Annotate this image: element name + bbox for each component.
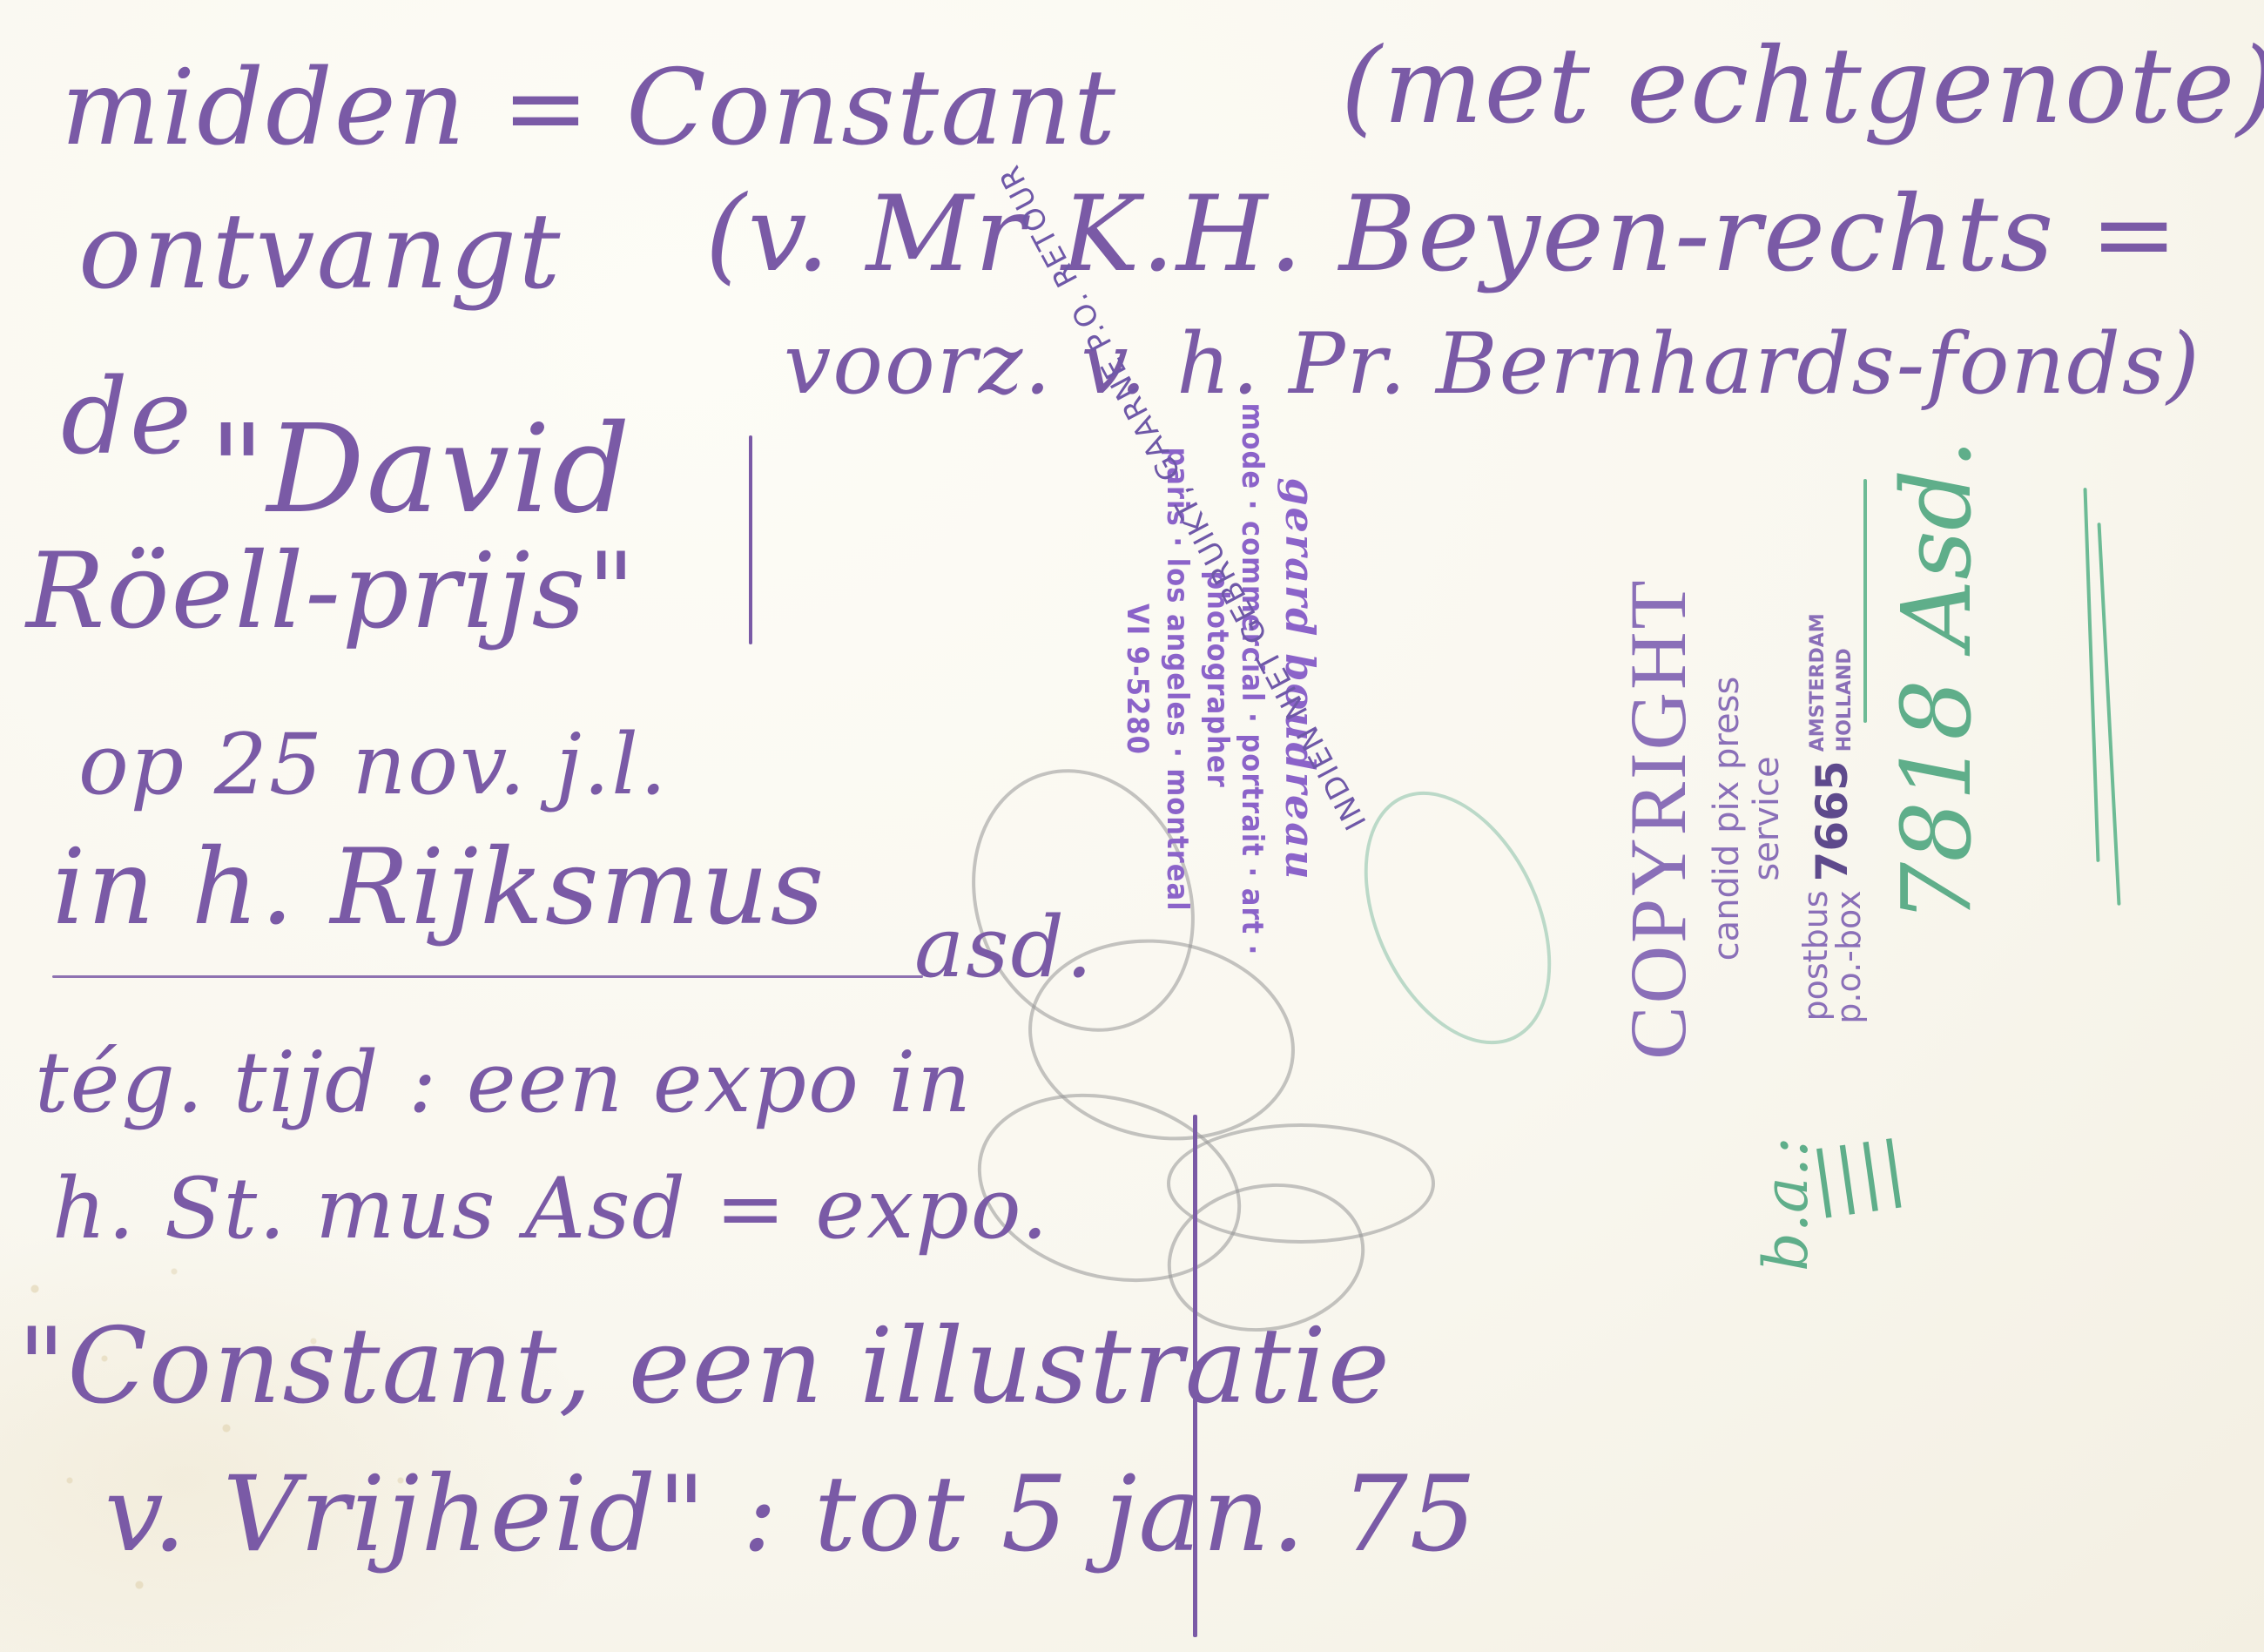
handwriting-line-3-left: de <box>61 366 193 470</box>
copyright-agency-line2: service <box>1747 540 1787 1097</box>
handwriting-line-2-left: ontvangt <box>78 200 562 305</box>
green-underline-2 <box>2097 523 2120 906</box>
city-label: AMSTERDAM <box>1805 613 1832 752</box>
handwriting-line-10: "Constant, een illustratie <box>17 1315 1391 1419</box>
copyright-agency-line1: candid pix press <box>1707 540 1747 1097</box>
foxing-stains <box>0 1219 610 1652</box>
pencil-scribble-3 <box>1167 1123 1435 1244</box>
photo-back-paper: midden = Constant (met echtgenote) ontva… <box>0 0 2264 1652</box>
handwriting-museum-suffix: asd. <box>914 906 1094 989</box>
copyright-stamp: COPYRIGHT candid pix press service postb… <box>1559 540 1924 1097</box>
handwriting-line-8: tég. tijd : een expo in <box>35 1041 973 1124</box>
handwriting-line-1-right: (met echtgenote) <box>1341 35 2264 139</box>
pobox-label: p.o.-box <box>1832 890 1865 1023</box>
handwriting-prize: Röell-prijs" <box>26 540 637 644</box>
tally-marks: |||| <box>1806 1126 1910 1219</box>
green-line-3 <box>1863 479 1867 723</box>
handwriting-line-9: h. St. mus Asd = expo. <box>52 1167 1049 1251</box>
handwriting-david: "David <box>209 409 632 531</box>
copyright-address: postbus p.o.-box 7665 AMSTERDAM HOLLAND <box>1799 540 1865 1097</box>
handwriting-date: op 25 nov. j.l. <box>78 723 668 806</box>
handwriting-line-2-right: (v. Mr K.H. Beyen-rechts = <box>705 183 2180 287</box>
archive-number: 7818 Asd. <box>1881 439 1992 923</box>
postbus-label: postbus <box>1799 890 1832 1023</box>
handwriting-line-3-right: voorz. v. h. Pr. Bernhards-fonds) <box>784 322 2201 406</box>
underline-divider <box>52 975 923 978</box>
bracket-line <box>749 435 752 644</box>
green-underline-1 <box>2083 488 2099 862</box>
country-label: HOLLAND <box>1832 613 1859 752</box>
handwriting-museum: in h. Rijksmus <box>52 836 825 941</box>
box-number: 7665 <box>1807 760 1857 881</box>
copyright-title: COPYRIGHT <box>1618 540 1698 1097</box>
vertical-stroke <box>1193 1115 1197 1637</box>
handwriting-line-11: v. Vrijheid" : tot 5 jan. 75 <box>104 1463 1478 1568</box>
